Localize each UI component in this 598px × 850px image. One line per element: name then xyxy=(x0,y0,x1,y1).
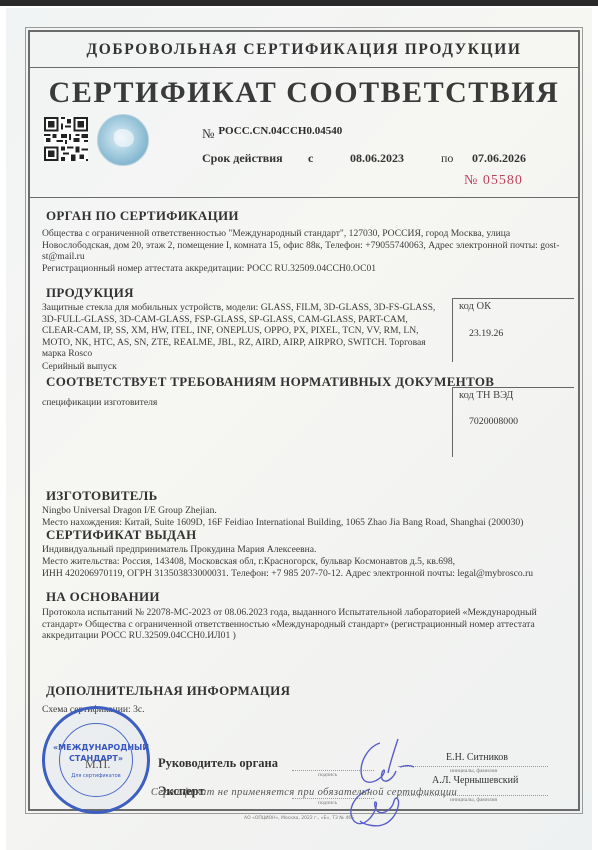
qr-code-icon[interactable] xyxy=(44,117,88,161)
certification-program: ДОБРОВОЛЬНАЯ СЕРТИФИКАЦИЯ ПРОДУКЦИИ xyxy=(30,32,578,68)
product-title: ПРОДУКЦИЯ xyxy=(46,285,134,301)
expert-signature-caption: подпись xyxy=(318,800,337,806)
footer-note: Сертификат не применяется при обязательн… xyxy=(30,787,578,798)
issued-to-details: ИНН 420206970119, ОГРН 313503833000031. … xyxy=(42,568,572,580)
blank-serial-number: № 05580 xyxy=(464,173,523,189)
top-bar xyxy=(0,0,598,6)
stamp-text-3: Для сертификатов xyxy=(53,773,139,779)
manufacturer-title: ИЗГОТОВИТЕЛЬ xyxy=(46,488,157,504)
certificate-page: ДОБРОВОЛЬНАЯ СЕРТИФИКАЦИЯ ПРОДУКЦИИ СЕРТ… xyxy=(6,8,592,850)
stamp-mp-label: М.П. xyxy=(85,757,110,772)
tnved-code-value: 7020008000 xyxy=(453,403,574,427)
head-name: Е.Н. Ситников xyxy=(446,752,508,763)
expert-name: А.Л. Чернышевский xyxy=(432,775,518,786)
ok-code-label: код ОК xyxy=(453,299,574,314)
number-symbol: № xyxy=(202,126,214,141)
certificate-number: №РОСС.CN.04ССН0.04540 xyxy=(202,122,342,138)
certificate-frame: ДОБРОВОЛЬНАЯ СЕРТИФИКАЦИЯ ПРОДУКЦИИ СЕРТ… xyxy=(28,30,580,811)
valid-to-date: 07.06.2026 xyxy=(472,151,526,166)
validity-from-label: с xyxy=(308,151,313,166)
head-name-caption: инициалы, фамилия xyxy=(450,768,497,774)
issued-to-address: Место жительства: Россия, 143408, Москов… xyxy=(42,556,572,568)
head-name-line xyxy=(398,766,548,767)
certificate-number-value: РОСС.CN.04ССН0.04540 xyxy=(218,125,342,137)
stamp-text-1: «МЕЖДУНАРОДНЫЙ xyxy=(53,743,139,752)
basis-title: НА ОСНОВАНИИ xyxy=(46,589,160,605)
head-of-body-label: Руководитель органа xyxy=(158,756,278,771)
compliance-title: СООТВЕТСТВУЕТ ТРЕБОВАНИЯМ НОРМАТИВНЫХ ДО… xyxy=(46,374,494,390)
printer-imprint: АО «ОПЦИОН», Москва, 2022 г., «Б», Т3 № … xyxy=(6,816,592,821)
additional-info-title: ДОПОЛНИТЕЛЬНАЯ ИНФОРМАЦИЯ xyxy=(46,683,290,699)
basis-text: Протокола испытаний № 22078-МС-2023 от 0… xyxy=(42,607,562,642)
certificate-title: СЕРТИФИКАТ СООТВЕТСТВИЯ xyxy=(30,76,578,110)
tnved-code-label: код ТН ВЭД xyxy=(453,388,574,403)
issued-to-title: СЕРТИФИКАТ ВЫДАН xyxy=(46,527,197,543)
tnved-code-box: код ТН ВЭД 7020008000 xyxy=(452,387,574,457)
validity-to-label: по xyxy=(441,151,453,166)
compliance-documents: спецификации изготовителя xyxy=(42,397,432,409)
product-description: Защитные стекла для мобильных устройств,… xyxy=(42,302,440,360)
issued-to-name: Индивидуальный предприниматель Прокудина… xyxy=(42,544,572,556)
manufacturer-name: Ningbo Universal Dragon I/E Group Zhejia… xyxy=(42,505,572,517)
ok-code-value: 23.19.26 xyxy=(453,314,574,339)
valid-from-date: 08.06.2023 xyxy=(350,151,404,166)
certification-body-text: Общества с ограниченной ответственностью… xyxy=(42,228,562,263)
validity-label: Срок действия xyxy=(202,151,283,166)
head-signature-caption: подпись xyxy=(318,772,337,778)
production-type: Серийный выпуск xyxy=(42,361,440,373)
certification-body-title: ОРГАН ПО СЕРТИФИКАЦИИ xyxy=(46,208,239,224)
divider xyxy=(30,197,578,198)
accreditation-number: Регистрационный номер аттестата аккредит… xyxy=(42,263,562,275)
globe-emblem-icon xyxy=(97,114,149,166)
ok-code-box: код ОК 23.19.26 xyxy=(452,298,574,362)
